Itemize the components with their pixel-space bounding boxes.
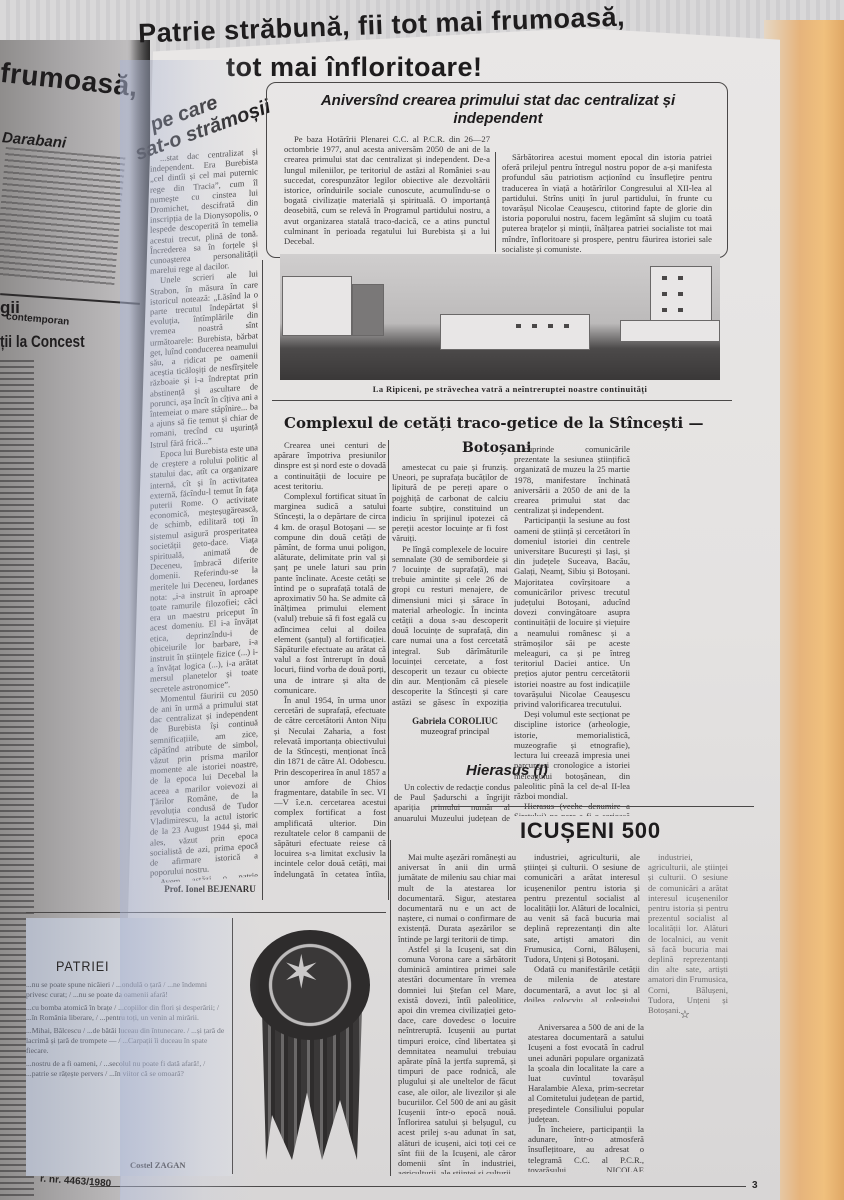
paragraph: Aniversarea a 500 de ani de la atestarea… <box>528 1022 644 1124</box>
article-aniversind-col2: Sărbătorirea acestui moment epocal din i… <box>502 152 712 254</box>
section-divider <box>26 912 386 913</box>
article-stramosii-author: Prof. Ionel BEJENARU <box>160 884 260 894</box>
article-icuseni-col3: Aniversarea a 500 de ani de la atestarea… <box>528 1022 644 1172</box>
paragraph: În anul 1954, în urma unor cercetări de … <box>274 695 386 880</box>
paragraph: Pe baza Hotărîrii Plenarei C.C. al P.C.R… <box>284 134 490 246</box>
paragraph: Crearea unei centuri de apărare împotriv… <box>274 440 386 491</box>
paragraph: Hierasus (veche denumire a Siretului) ne… <box>514 801 630 816</box>
poem-stanza: ...nu se poate spune nicăieri / ...ondul… <box>26 980 226 999</box>
article-icuseni-col4: industriei, agriculturii, ale științei ș… <box>648 852 728 1172</box>
article-stramosii-body: ...stat dac centralizat și independent. … <box>150 146 258 884</box>
poem-stanza: ...nostru de a fi oameni, / ...secolul n… <box>26 1059 226 1078</box>
article-stincesti-title: Complexul de cetăți traco-getice de la S… <box>284 414 703 432</box>
left-page-section2-subtitle: contemporan <box>6 311 70 327</box>
paragraph: ...stat dac centralizat și independent. … <box>150 146 258 276</box>
paragraph: Complexul fortificat situat în marginea … <box>274 491 386 695</box>
paragraph: Pe lîngă complexele de locuire semnalate… <box>392 544 508 708</box>
paragraph: Un colectiv de redacție condus de Paul Ș… <box>394 782 510 824</box>
paragraph: Epoca lui Burebista este una de creștere… <box>150 442 258 694</box>
author-name: Gabriela COROLIUC <box>412 716 498 726</box>
paragraph: Mai multe așezări românești au aniversat… <box>398 852 516 944</box>
column-divider <box>262 260 263 900</box>
column-divider <box>495 152 496 252</box>
column-divider <box>232 918 233 1174</box>
footer-rule <box>90 1186 746 1187</box>
paragraph: amestecat cu paie și frunziș. Uneori, pe… <box>392 462 508 544</box>
article-stincesti-col1: Crearea unei centuri de apărare împotriv… <box>274 440 386 880</box>
article-aniversind-col1: Pe baza Hotărîrii Plenarei C.C. al P.C.R… <box>284 134 490 252</box>
article-icuseni-title: ICUȘENI 500 <box>520 818 661 844</box>
page-number: 3 <box>752 1180 758 1191</box>
paragraph: În încheiere, participanții la adunare, … <box>528 1124 644 1172</box>
paragraph: Momentul făuririi cu 2050 de ani în urmă… <box>150 687 258 878</box>
photo-caption: La Ripiceni, pe străvechea vatră a neînt… <box>300 384 720 394</box>
paragraph: Sărbătorirea acestui moment epocal din i… <box>502 152 712 254</box>
poem-stanza: ...cu bomba atomică în brațe / ...copiil… <box>26 1003 226 1022</box>
column-divider <box>390 840 391 1176</box>
left-page-text-block <box>0 147 125 287</box>
section-divider <box>272 400 732 401</box>
poem-stanza: ...Mihai, Bălcescu / ...de bătăi luceau … <box>26 1026 226 1055</box>
left-page-section3-title: ții la Concest <box>0 332 85 352</box>
page-headline-line2: tot mai înfloritoare! <box>226 52 483 83</box>
article-icuseni-col2: industriei, agriculturii, ale științei ș… <box>524 852 640 1002</box>
article-hierasus-col1: Un colectiv de redacție condus de Paul Ș… <box>394 782 510 824</box>
seal-figure-icon: ✶ <box>282 950 321 996</box>
paragraph: Deși volumul este secționat pe disciplin… <box>514 709 630 801</box>
left-page-divider <box>0 293 140 305</box>
paragraph: Unele scrieri ale lui Strabon, în măsura… <box>150 269 258 450</box>
paragraph: industriei, agriculturii, ale științei ș… <box>524 852 640 964</box>
article-aniversind-title: Aniversînd crearea primului stat dac cen… <box>278 92 718 128</box>
poem-title: PATRIEI <box>56 958 109 974</box>
article-icuseni-col1: Mai multe așezări românești au aniversat… <box>398 852 516 1174</box>
poem-author: Costel ZAGAN <box>130 1160 185 1170</box>
left-page-headline: frumoasă, <box>0 57 140 103</box>
section-divider <box>434 806 754 807</box>
article-stincesti-col2: amestecat cu paie și frunziș. Uneori, pe… <box>392 462 508 708</box>
paragraph: industriei, agriculturii, ale științei ș… <box>648 852 728 1015</box>
poem-text: ...nu se poate spune nicăieri / ...ondul… <box>26 980 226 1082</box>
column-divider <box>388 440 389 900</box>
author-role: muzeograf principal <box>400 726 510 736</box>
photo-ripiceni <box>280 254 720 380</box>
paragraph: Astfel și la Icușeni, sat din comuna Vor… <box>398 944 516 1174</box>
article-stincesti-author: Gabriela COROLIUC muzeograf principal <box>400 716 510 736</box>
paragraph: Odată cu manifestările cetății de mileni… <box>524 964 640 1002</box>
article-hierasus-col2: cuprinde comunicările prezentate la sesi… <box>514 444 630 816</box>
paragraph: Participanții la sesiune au fost oameni … <box>514 515 630 709</box>
paragraph: cuprinde comunicările prezentate la sesi… <box>514 444 630 515</box>
